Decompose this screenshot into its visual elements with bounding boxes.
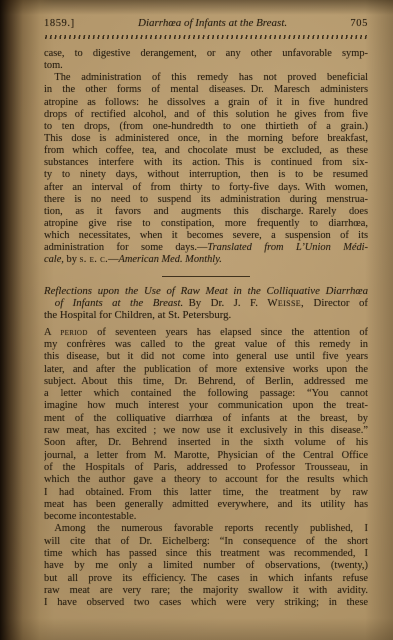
journal-year: 1859.] — [44, 18, 75, 29]
text-line: Among the numerous favorable reports rec… — [44, 523, 368, 535]
text-segment: in the other forms of mental diseases. D… — [44, 84, 368, 95]
text-line: atropine give rise to constipation, more… — [44, 218, 368, 230]
scanned-book-page: 1859.] Diarrhœa of Infants at the Breast… — [0, 0, 393, 640]
text-segment: Weisse, — [267, 297, 304, 309]
text-segment: time which has passed since this treatme… — [44, 548, 368, 559]
text-line: a letter which contained the following p… — [44, 388, 368, 400]
text-segment: cale, — [44, 254, 64, 265]
text-segment: later, and after the publication of more… — [44, 364, 368, 375]
text-line: Reflections upon the Use of Raw Meat in … — [44, 285, 368, 297]
text-segment: tom. — [44, 60, 63, 71]
page-number: 705 — [350, 18, 368, 29]
text-segment: drops of rectified alcohol, and of this … — [44, 109, 368, 120]
text-segment: my confrères was called to the great val… — [44, 339, 368, 350]
text-line: ment of the colliquative diarrhœa of inf… — [44, 413, 368, 425]
text-segment: a letter which contained the following p… — [44, 388, 368, 399]
section-divider-rule — [162, 276, 250, 277]
text-line: I had obtained. From this latter time, t… — [44, 487, 368, 499]
text-line: meat has been generally admitted everywh… — [44, 499, 368, 511]
text-segment: which necessitates, when it becomes seve… — [44, 230, 368, 241]
text-segment: This dose is administered once, in the m… — [44, 133, 368, 144]
text-segment: Translated from L’Union Médi- — [207, 242, 368, 253]
text-line: Soon after, Dr. Behrend inserted in the … — [44, 437, 368, 449]
text-line: imagine how much interest your communica… — [44, 400, 368, 412]
text-line: become incontestable. — [44, 511, 368, 523]
text-line: The administration of this remedy has no… — [44, 72, 368, 84]
text-segment: American Med. Monthly. — [119, 254, 222, 265]
header-rule — [44, 35, 368, 39]
text-line: time which has passed since this treatme… — [44, 548, 368, 560]
text-line: will cite that of Dr. Eichelberg: “In co… — [44, 536, 368, 548]
text-line: after an interval of from thirty to fort… — [44, 182, 368, 194]
text-segment: of seventeen years has elapsed since the… — [88, 327, 368, 338]
text-line: subject. About this time, Dr. Behrend, o… — [44, 376, 368, 388]
text-line: this disease, but it did not come into g… — [44, 351, 368, 363]
text-segment: period — [60, 327, 87, 338]
text-segment: s. e. c. — [80, 254, 109, 265]
text-segment: the Hospital for Children, at St. Peters… — [44, 309, 231, 321]
text-line: in the other forms of mental diseases. D… — [44, 84, 368, 96]
text-segment: ment of the colliquative diarrhœa of inf… — [44, 413, 368, 424]
text-line: which the author gave a theory to accoun… — [44, 474, 368, 486]
text-segment: Reflections upon the Use of Raw Meat in … — [44, 285, 368, 297]
text-segment: imagine how much interest your communica… — [44, 400, 368, 411]
text-segment: by — [64, 254, 80, 265]
text-segment: journal, a letter from M. Marotte, Physi… — [44, 450, 368, 461]
text-segment: tion, as it favors and augments this dis… — [44, 206, 368, 217]
text-segment: to ten drops, (from one-hundredth to one… — [44, 121, 368, 132]
text-segment: after an interval of from thirty to fort… — [44, 182, 368, 193]
text-line: later, and after the publication of more… — [44, 364, 368, 376]
text-segment: but all prove its efficiency. The cases … — [44, 573, 368, 584]
text-line: This dose is administered once, in the m… — [44, 133, 368, 145]
article-heading: Reflections upon the Use of Raw Meat in … — [44, 285, 368, 322]
text-segment: have by me only a limited number of obse… — [44, 560, 368, 571]
text-segment: of Infants at the Breast. — [55, 297, 183, 309]
text-line: raw meat are very rare; the majority swa… — [44, 585, 368, 597]
text-segment: will cite that of Dr. Eichelberg: “In co… — [44, 536, 368, 547]
text-segment: there is no need to suspend its administ… — [44, 194, 368, 205]
text-segment: of the Hospitals of Paris, addressed to … — [44, 462, 368, 473]
text-line: from which coffee, tea, and chocolate mu… — [44, 145, 368, 157]
text-line: to ten drops, (from one-hundredth to one… — [44, 121, 368, 133]
text-segment: from which coffee, tea, and chocolate mu… — [44, 145, 368, 156]
text-segment: ty to ninety days, without interruption,… — [44, 169, 368, 180]
text-segment: atropine as follows: he dissolves a grai… — [44, 97, 368, 108]
text-line: A period of seventeen years has elapsed … — [44, 327, 368, 339]
text-segment: The administration of this remedy has no… — [44, 72, 368, 83]
text-line: ty to ninety days, without interruption,… — [44, 169, 368, 181]
text-segment — [44, 297, 55, 309]
text-line: cale, by s. e. c.—American Med. Monthly. — [44, 254, 368, 266]
text-segment: subject. About this time, Dr. Behrend, o… — [44, 376, 368, 387]
text-segment: raw meat are very rare; the majority swa… — [44, 585, 368, 596]
text-line: but all prove its efficiency. The cases … — [44, 573, 368, 585]
text-segment: administration for some days.— — [44, 242, 207, 253]
text-segment: raw meat, has excited ; we now use it ex… — [44, 425, 368, 436]
running-title: Diarrhœa of Infants at the Breast. — [138, 17, 287, 29]
text-segment: — — [108, 254, 118, 265]
text-line: I have observed two cases which were ver… — [44, 597, 368, 609]
text-segment: Soon after, Dr. Behrend inserted in the … — [44, 437, 368, 448]
text-line: case, to digestive derangement, or any o… — [44, 48, 368, 60]
text-segment: By Dr. J. F. — [183, 297, 267, 309]
text-line: there is no need to suspend its administ… — [44, 194, 368, 206]
text-segment: Director of — [304, 297, 368, 309]
text-line: substances interfere with its action. Th… — [44, 157, 368, 169]
text-segment: substances interfere with its action. Th… — [44, 157, 368, 168]
text-line: journal, a letter from M. Marotte, Physi… — [44, 450, 368, 462]
text-line: raw meat, has excited ; we now use it ex… — [44, 425, 368, 437]
text-line: which necessitates, when it becomes seve… — [44, 230, 368, 242]
text-segment: I have observed two cases which were ver… — [44, 597, 368, 608]
text-line: drops of rectified alcohol, and of this … — [44, 109, 368, 121]
text-segment: case, to digestive derangement, or any o… — [44, 48, 368, 59]
text-segment: become incontestable. — [44, 511, 136, 522]
text-segment: which the author gave a theory to accoun… — [44, 474, 368, 485]
page-content: 1859.] Diarrhœa of Infants at the Breast… — [44, 0, 368, 610]
text-line: tion, as it favors and augments this dis… — [44, 206, 368, 218]
text-line: tom. — [44, 60, 368, 72]
text-line: of the Hospitals of Paris, addressed to … — [44, 462, 368, 474]
text-line: have by me only a limited number of obse… — [44, 560, 368, 572]
article-body-text: A period of seventeen years has elapsed … — [44, 327, 368, 610]
text-segment: this disease, but it did not come into g… — [44, 351, 368, 362]
text-segment: Among the numerous favorable reports rec… — [44, 523, 368, 534]
article-end-text: case, to digestive derangement, or any o… — [44, 48, 368, 267]
text-line: the Hospital for Children, at St. Peters… — [44, 309, 368, 321]
text-segment: atropine give rise to constipation, more… — [44, 218, 368, 229]
page-header: 1859.] Diarrhœa of Infants at the Breast… — [44, 17, 368, 29]
text-segment: I had obtained. From this latter time, t… — [44, 487, 368, 498]
text-segment: A — [44, 327, 60, 338]
text-line: of Infants at the Breast. By Dr. J. F. W… — [44, 297, 368, 309]
text-line: atropine as follows: he dissolves a grai… — [44, 97, 368, 109]
text-line: administration for some days.—Translated… — [44, 242, 368, 254]
text-segment: meat has been generally admitted everywh… — [44, 499, 368, 510]
text-line: my confrères was called to the great val… — [44, 339, 368, 351]
